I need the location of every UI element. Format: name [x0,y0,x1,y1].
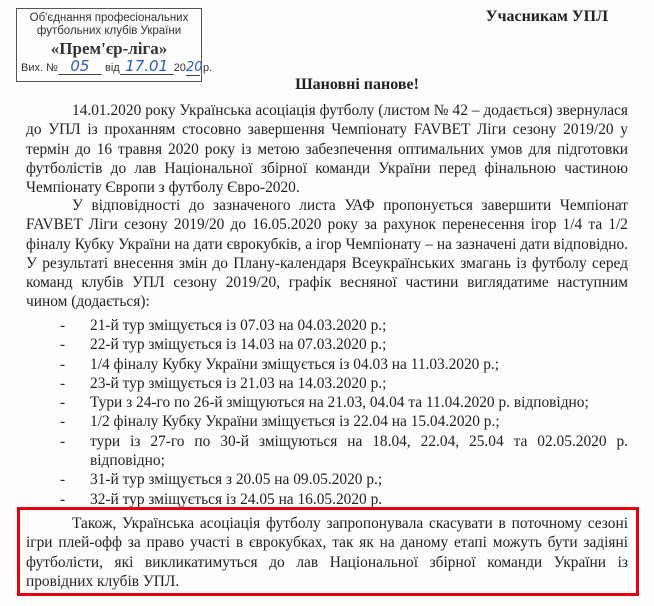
stamp-org-line-2: футбольних клубів України [17,25,201,38]
stamp-outgoing-row: Вих. №05 від17.012020 р. [17,59,201,76]
bullet-dash: - [60,393,65,412]
bullet-dash: - [60,374,65,393]
bullet-dash: - [60,316,65,335]
addressee: Учасникам УПЛ [486,8,608,26]
list-item-text: тури із 27-го по 30-й зміщуються на 18.0… [90,433,628,469]
year-suffix: 20 [186,60,200,76]
list-item: -22-й тур зміщується із 14.03 на 07.03.2… [58,335,628,354]
schedule-changes-list: -21-й тур зміщується із 07.03 на 04.03.2… [58,316,628,509]
list-item-text: 22-й тур зміщується із 14.03 на 07.03.20… [90,336,386,353]
list-item-text: 1/4 фіналу Кубку України зміщується із 0… [90,356,499,373]
list-item-text: 31-й тур зміщується з 20.05 на 09.05.202… [90,471,382,488]
list-item: -Тури з 24-го по 26-й зміщуються на 21.0… [58,393,628,412]
stamp-org-line-1: Об'єднання професіональних [17,12,201,25]
salutation: Шановні панове! [0,76,654,94]
bullet-dash: - [60,432,65,451]
list-item-text: 21-й тур зміщується із 07.03 на 04.03.20… [90,317,386,334]
list-item: -1/2 фіналу Кубку України зміщується із … [58,412,628,431]
list-item: -31-й тур зміщується з 20.05 на 09.05.20… [58,470,628,489]
paragraph-proposal: У відповідності до зазначеного листа УАФ… [26,196,628,312]
date-label: від [105,62,120,74]
outgoing-number-value: 05 [58,59,102,75]
year-prefix: 20 [174,62,186,74]
outgoing-stamp: Об'єднання професіональних футбольних кл… [16,8,202,82]
bullet-dash: - [60,470,65,489]
year-abbrev: р. [203,62,212,74]
paragraph-playoff-cancellation: Також, Українська асоціація футболу запр… [26,514,628,591]
list-item-text: 1/2 фіналу Кубку України зміщується із 2… [90,413,500,430]
list-item: -23-й тур зміщується із 21.03 на 14.03.2… [58,374,628,393]
list-item-text: 23-й тур зміщується із 21.03 на 14.03.20… [90,375,386,392]
list-item: -21-й тур зміщується із 07.03 на 04.03.2… [58,316,628,335]
list-item-text: 32-й тур зміщується із 24.05 на 16.05.20… [90,491,382,508]
date-value: 17.01 [120,59,174,75]
list-item-text: Тури з 24-го по 26-й зміщуються на 21.03… [90,394,589,411]
stamp-org-name: «Прем'єр-ліга» [17,39,201,59]
paragraph-uaf-request: 14.01.2020 року Українська асоціація фут… [26,101,628,197]
list-item: -тури із 27-го по 30-й зміщуються на 18.… [58,432,628,471]
bullet-dash: - [60,335,65,354]
outgoing-number-label: Вих. № [21,62,58,74]
list-item: -1/4 фіналу Кубку України зміщується із … [58,355,628,374]
bullet-dash: - [60,355,65,374]
bullet-dash: - [60,412,65,431]
